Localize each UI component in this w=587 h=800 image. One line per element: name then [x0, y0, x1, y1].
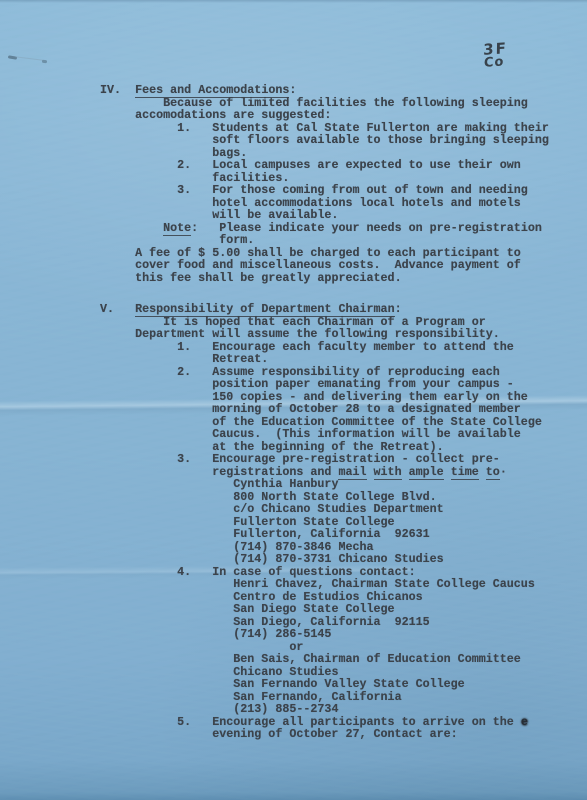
text-segment: soft floors available to those bringing …: [212, 133, 549, 147]
document-body: IV. Fees and Accomodations:Because of li…: [100, 84, 549, 741]
underlined-text: mail: [338, 465, 366, 480]
text-segment: V.: [100, 302, 135, 316]
text-segment: evening of October 27, Contact are:: [212, 727, 457, 741]
document-line: soft floors available to those bringing …: [100, 134, 549, 147]
text-segment: (714) 286-5145: [233, 627, 331, 641]
text-segment: [402, 465, 409, 479]
scanned-page: 3FCo IV. Fees and Accomodations:Because …: [0, 0, 587, 800]
handwritten-annotation: 3FCo: [483, 42, 508, 70]
document-line: 2. Local campuses are expected to use th…: [100, 159, 549, 172]
underlined-text: time: [451, 465, 479, 480]
document-line: this fee shall be greatly appreciated.: [100, 272, 549, 285]
staple-scratch-mark: [15, 56, 43, 60]
document-line: Note: Please indicate your needs on pre-…: [100, 222, 549, 235]
text-segment: [367, 465, 374, 479]
text-segment: [444, 465, 451, 479]
document-line: 1. Encourage each faculty member to atte…: [100, 341, 549, 354]
text-segment: this fee shall be greatly appreciated.: [135, 271, 402, 285]
text-segment: ·: [500, 465, 507, 479]
underlined-text: Note: [163, 221, 191, 236]
text-segment: IV.: [100, 83, 135, 97]
text-segment: [479, 465, 486, 479]
document-line: evening of October 27, Contact are:: [100, 728, 549, 741]
ink-blot-character: e: [521, 715, 528, 729]
underlined-text: with: [374, 465, 402, 480]
staple-mark: [42, 60, 47, 64]
handwritten-annotation-line2: Co: [484, 55, 508, 70]
document-line: (714) 286-5145: [100, 628, 549, 641]
underlined-text: ample: [409, 465, 444, 480]
blank-line: [100, 284, 549, 303]
underlined-text: to: [486, 465, 500, 480]
